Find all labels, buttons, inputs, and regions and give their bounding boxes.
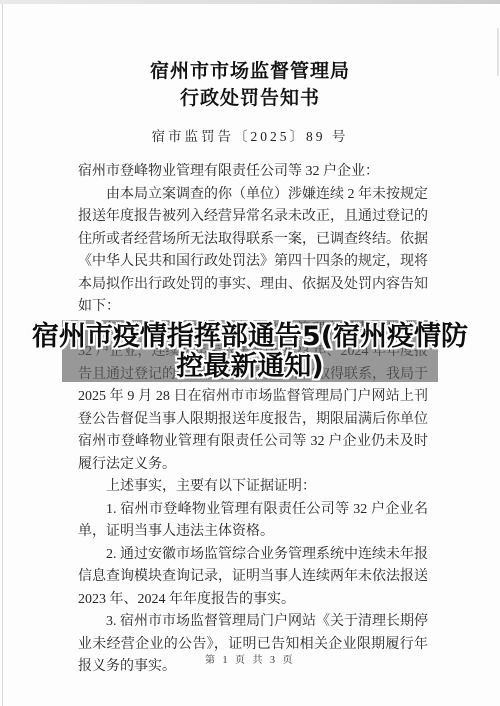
- document-title-line1: 宿州市市场监督管理局: [0, 58, 500, 85]
- document-body: 宿州市登峰物业管理有限责任公司等 32 户企业： 由本局立案调查的你（单位）涉嫌…: [78, 161, 428, 679]
- caption-overlay-title: 宿州市疫情指挥部通告5(宿州疫情防 控最新通知): [0, 322, 500, 382]
- document-title-line2: 行政处罚告知书: [0, 85, 500, 112]
- scan-edge-top: [0, 0, 500, 4]
- document-header: 宿州市市场监督管理局 行政处罚告知书 宿市监罚告〔2025〕89 号: [0, 0, 500, 145]
- page-number-footer: 第 1 页 共 3 页: [0, 651, 500, 666]
- caption-line2: 控最新通知): [176, 351, 323, 382]
- body-paragraph-evidence-3: 3. 宿州市市场监督管理局门户网站《关于清理长期停业未经营企业的公告》，证明已告…: [78, 611, 428, 679]
- body-paragraph-evidence-2: 2. 通过安徽市场监管综合业务管理系统中连续未年报信息查询模块查询记录，证明当事…: [78, 544, 428, 612]
- body-paragraph-evidence-intro: 上述事实，主要有以下证据证明：: [78, 476, 428, 499]
- body-paragraph-case-intro: 由本局立案调查的你（单位）涉嫌连续 2 年未按规定报送年度报告被列入经营异常名录…: [78, 184, 428, 319]
- document-number: 宿市监罚告〔2025〕89 号: [0, 125, 500, 145]
- body-paragraph-salutation: 宿州市登峰物业管理有限责任公司等 32 户企业：: [78, 161, 428, 184]
- scan-edge-right: [497, 28, 499, 76]
- caption-line1: 宿州市疫情指挥部通告5(宿州疫情防: [32, 321, 468, 352]
- body-paragraph-evidence-1: 1. 宿州市登峰物业管理有限责任公司等 32 户企业名单，证明当事人违法主体资格…: [78, 499, 428, 544]
